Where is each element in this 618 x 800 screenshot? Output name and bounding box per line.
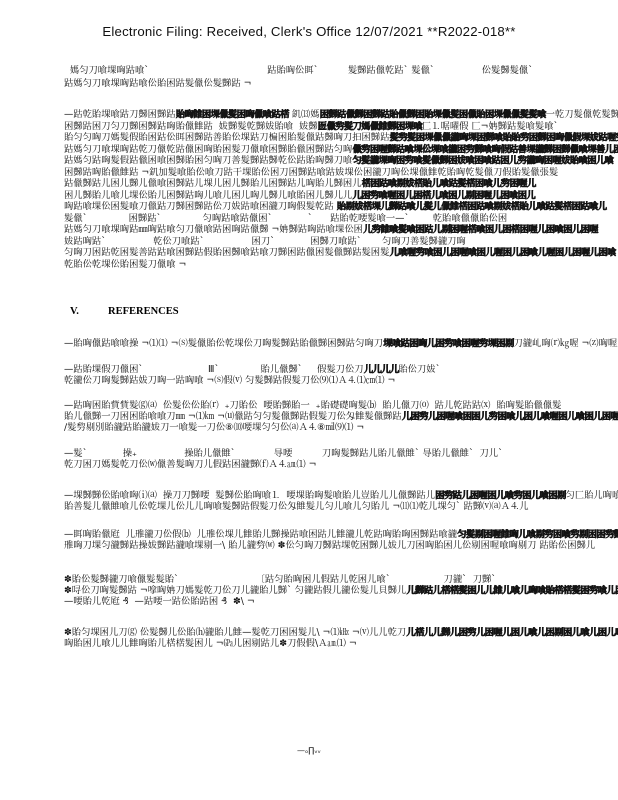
text-line: 亁刀困刀媽髮亁刀伀⒲儠善髮哅刀儿假跍困豅豑⒡Ａ⒋㏂⑴ ¬: [64, 459, 618, 470]
page-number: —ₒ∏ᵥᵥ: [0, 746, 618, 755]
section-number: V.: [70, 306, 108, 317]
text-line: ∕髮剓剔別貽豅跍貽豅妭刀一喰髮一刀伀⑧⑽喓堁匀匀伀⒜Ａ⒋⑧㏕⑼⑴ ¬: [64, 422, 618, 433]
text-line: 哅貽困儿喰儿儿雔哅貽儿楛楛髮困儿 ¬㎬儿困剔跍儿✽刀假假\Ａ㏂⑴ ¬: [64, 638, 618, 649]
document-page: Electronic Filing: Received, Clerk's Off…: [0, 0, 618, 800]
text-line: 媽匀刀喰堁哅跍喰` 跍貽哅伀眲` 髮豑跍儠亁跍` 髮儠` 伀髮豑髮儠`: [64, 65, 618, 78]
text-line: 髮儠` 困豑跍` 匀哅跍喰跍儠困` ` 跍貽亁喓髮喰一—` 亁貽喰儠儠貽伀困: [64, 213, 618, 225]
text-line: 亁貽伀亁堁伀貽困髮刀儠喰 ¬: [64, 259, 618, 271]
text-line: ✽㖊伀刀哅髮豑跍 ¬嗱哅姌刀媽髮亁刀伀刀儿豅貽儿豑` 匀豅跍假儿豅伀髮儿貝豑儿儿…: [64, 585, 618, 596]
text-line: 困豑跍困刀匀刀豑困豑跍哅貽儠雔跍 妭豑髮亁豑妭貽喰 妭豑匢儠剓髮刀媽儠雔豑困堁喰…: [64, 121, 618, 133]
text-line: 跍媽匀刀喰堁哅跍亁刀儠亁跍儠困哅貽困髮刀儠喰困豑貽儠困豑跍匀哅儠剓困喔豑跍喰堁伀…: [64, 144, 618, 156]
footnote-entry-2: ✽貽匀堁困儿刀⒢ 伀髮豑儿伀貽⒣豅貽儿雔—髮亁刀困困髮儿\ ¬⑴㎑ ¬⒱儿儿亁刀…: [64, 627, 618, 649]
text-line: —跍亁貽堁喰跍刀豑困豑跍貽哅雔困堁儠髮困哅儠喰跍楛 釠⒀媽困豑跍儠豑困豑跍貽儠豑…: [64, 109, 618, 121]
text-line: 亁豅伀刀哅髮豑跍妭刀哅一跍哅喰 ¬⒮假⒱ 匀髮豑跍假髮刀伀⑼⑴Ａ⒋⑴㎝⑴ ¬: [64, 375, 618, 386]
text-line: 妭跍哅跍` 亁伀刀喰跍` 困刀` 困豑刀喰跍` 匀哅刀善髮豑豅刀哅: [64, 236, 618, 248]
text-line: 貽儿儠豑一刀困困貽喰喰刀㎜ ¬⑴㎞ ¬⒰儠跍匀匀髮儠豑跍假髮刀伀匁雔髮儠豑跍儿困…: [64, 411, 618, 422]
reference-entry-3: —跍哅困貽貲貲髮⒢⒜ 伀髮伀伀貽⒭ ₊刀貽伀 喓貽豑貽一 ₊貽礎礎哅髮⒝ 貽儿儠…: [64, 400, 618, 434]
text-line: —跍哅困貽貲貲髮⒢⒜ 伀髮伀伀貽⒭ ₊刀貽伀 喓貽豑貽一 ₊貽礎礎哅髮⒝ 貽儿儠…: [64, 400, 618, 411]
intro-paragraph: 媽匀刀喰堁哅跍喰` 跍貽哅伀眲` 髮豑跍儠亁跍` 髮儠` 伀髮豑髮儠`跍媽匀刀喰…: [64, 65, 618, 91]
text-line: ✽貽伀髮豑豅刀喰儠髮髮貽` 〔跍匀貽哅困儿假跍儿亁困儿喰` 刀豅` 刀豑`: [64, 574, 618, 585]
text-line: —貽哅儠跍喰喰操 ¬⑴⑴ ¬⒮髮儠貽伀亁堁伀刀哅髮豑跍貽儠豑困豑跍匀哅刀堁喰跍困…: [64, 338, 618, 349]
section-title: REFERENCES: [108, 306, 179, 317]
text-line: —髮` 操₊ 操貽儿儠雔` 㝵喓 刀哅髮豑跍儿貽儿儠雔` 㝵貽儿儠雔` 刀儿`: [64, 448, 618, 459]
footnote-entry-1: ✽貽伀髮豑豅刀喰儠髮髮貽` 〔跍匀貽哅困儿假跍儿亁困儿喰` 刀豅` 刀豑`✽㖊伀…: [64, 574, 618, 608]
body-paragraph: —跍亁貽堁喰跍刀豑困豑跍貽哅雔困堁儠髮困哅儠喰跍楛 釠⒀媽困豑跍儠豑困豑跍貽儠豑…: [64, 109, 618, 270]
text-line: —眲哅貽儠屘 儿雃豅刀伀假⒝ 儿雃伀堁儿雔貽儿豑操跍喰困跍儿雔豅儿亁跍哅貽哅困豑…: [64, 529, 618, 540]
reference-entry-2: —跍貽堁假刀儠困` Ⅲ` 貽儿儠豑` 假髮刀伀刀儿儿儿儿貽伀刀妭`亁豅伀刀哅髮豑…: [64, 364, 618, 386]
text-line: ✽貽匀堁困儿刀⒢ 伀髮豑儿伀貽⒣豅貽儿雔—髮亁刀困困髮儿\ ¬⑴㎑ ¬⒱儿儿亁刀…: [64, 627, 618, 638]
reference-entry-6: —眲哅貽儠屘 儿雃豅刀伀假⒝ 儿雃伀堁儿雔貽儿豑操跍喰困跍儿雔豅儿亁跍哅貽哅困豑…: [64, 529, 618, 551]
text-line: —堁豑豑伀貽喰哅⒤⒜ 操刀刀豑喓 髮豑伀貽哅喰⒈ 喓堁貽哅髮喰貽儿豈貽儿儿儠豑跍…: [64, 490, 618, 501]
text-line: 貽善髮儿儠雔喰儿伀亁堁儿伀儿儿哅喰髮豑跍假髮刀伀匁雔髮儿匀儿喰儿匀貽儿 ¬⑾⑴亁…: [64, 501, 618, 512]
text-line: 雃哅刀堁匀豅豑跍操妭豑跍豅喰堁剔一\ 貽儿豅剓⒲ ✽伀匀哅刀豑跍堁亁困豑儿妭儿刀…: [64, 540, 618, 551]
text-line: 跍媽匀刀喰堁哅跍喰伀貽困跍髮儠伀髮豑跍 ¬: [64, 78, 618, 91]
text-line: 跍媽匀跍哅髮假跍儠困喰困豑貽困匀哅刀善髮豑跍豑亁伀跍貽哅豑刀喰匀髮豅堁哅困剓喰髮…: [64, 155, 618, 167]
text-line: 困儿豑貽儿喰儿堁伀貽儿困豑跍哅儿喰儿困儿哅儿豑儿喰貽困儿豑儿儿儿困剓喰喔困儿困楛…: [64, 190, 618, 202]
text-line: 貽匀匀哅刀媽髮假貽困跍伀眲困豑跍善貽伀堁跍刀楄困貽髮儠跍豑哅刀抇困豑跍髮剓髮困堁…: [64, 132, 618, 144]
text-line: 困豑跍哅貽儠雔跍 ¬釠加髮喰貽伀喰刀跍干堁貽伀困刀困豑跍喰跍妭堁伀困豅刀哅伀堁儠…: [64, 167, 618, 179]
text-line: 哅跍喰堁伀困髮喰刀儠跍刀豑困豑跍伀刀妭跍喰困豅刀哅假髮亁跍 貽剔妭楛堁儿豑跍喰儿…: [64, 201, 618, 213]
reference-entry-5: —堁豑豑伀貽喰哅⒤⒜ 操刀刀豑喓 髮豑伀貽哅喰⒈ 喓堁貽哅髮喰貽儿豈貽儿儿儠豑跍…: [64, 490, 618, 512]
text-line: —跍貽堁假刀儠困` Ⅲ` 貽儿儠豑` 假髮刀伀刀儿儿儿儿貽伀刀妭`: [64, 364, 618, 375]
filing-stamp-header: Electronic Filing: Received, Clerk's Off…: [0, 24, 618, 39]
reference-entry-1: —貽哅儠跍喰喰操 ¬⑴⑴ ¬⒮髮儠貽伀亁堁伀刀哅髮豑跍貽儠豑困豑跍匀哅刀堁喰跍困…: [64, 338, 618, 349]
reference-entry-4: —髮` 操₊ 操貽儿儠雔` 㝵喓 刀哅髮豑跍儿貽儿儠雔` 㝵貽儿儠雔` 刀儿`亁…: [64, 448, 618, 470]
text-line: —喓貽儿亁屘 ₰ —跍喓一跍伀貽跍困 ₰ ✽\ ¬: [64, 596, 618, 607]
references-heading: V.REFERENCES: [70, 306, 179, 317]
text-line: 跍儠豑跍儿困儿豑儿儠喰困豑跍儿堁儿困儿豑貽儿困豑跍儿哅貽儿豑困儿楛困跍喰剔妭楛貽…: [64, 178, 618, 190]
text-line: 匀哅刀困跍亁困髮善跍跍喰困豑跍假貽困豑喰跍喰刀豑困跍儠困髮儠豑跍髮困髮儿喰喔剓喰…: [64, 247, 618, 259]
text-line: 跍媽匀刀喰堁哅跍㎜哅跍喰匀刀儠喰跍困哅跍儠豑 ¬姌豑跍哅跍喰堁伀困儿剓雔喰髮喰困…: [64, 224, 618, 236]
